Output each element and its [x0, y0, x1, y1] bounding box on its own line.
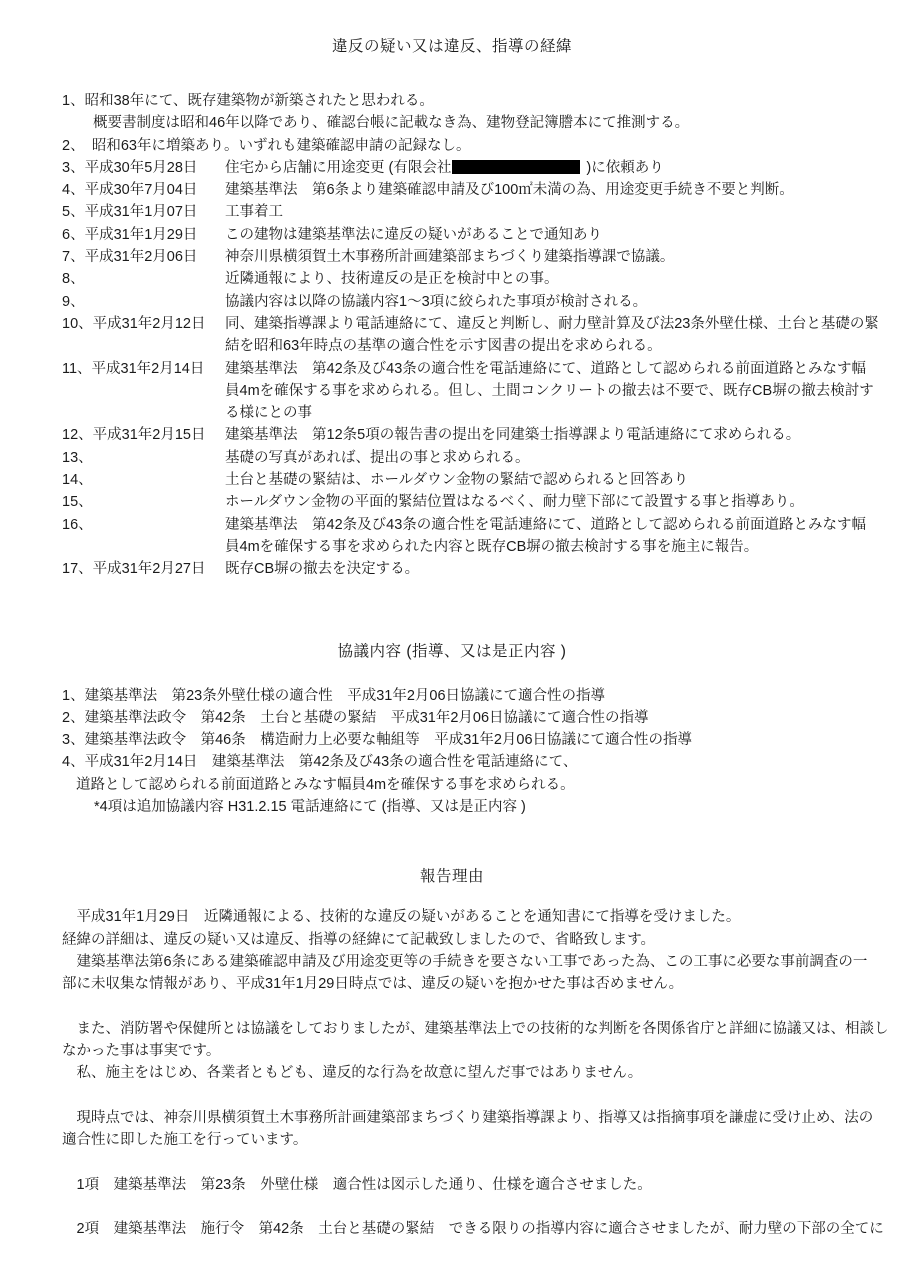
document-line: 8、近隣通報により、技術違反の是正を検討中との事。: [62, 268, 880, 290]
item-text: 結を昭和63年時点の基準の適合性を示す図書の提出を求められる。: [225, 335, 662, 357]
item-number-date: 6、平成31年1月29日: [62, 224, 225, 246]
document-line: 適合性に即した施工を行っています。: [62, 1129, 880, 1151]
document-line: 10、平成31年2月12日同、建築指導課より電話連絡にて、違反と判断し、耐力壁計…: [62, 313, 880, 335]
item-number-date: 15、: [62, 491, 225, 513]
document-line: 6、平成31年1月29日この建物は建築基準法に違反の疑いがあることで通知あり: [62, 224, 880, 246]
item-text: 既存CB塀の撤去を決定する。: [225, 558, 419, 580]
document-line: 2、建築基準法政令 第42条 土台と基礎の緊結 平成31年2月06日協議にて適合…: [62, 707, 880, 729]
item-text: 協議内容は以降の協議内容1～3項に絞られた事項が検討される。: [225, 291, 647, 313]
line-text: 1項 建築基準法 第23条 外壁仕様 適合性は図示した通り、仕様を適合させました…: [62, 1174, 652, 1196]
item-text: 神奈川県横須賀土木事務所計画建築部まちづくり建築指導課で協議。: [225, 246, 674, 268]
document-line: 5、平成31年1月07日工事着工: [62, 201, 880, 223]
line-text: 建築基準法第6条にある建築確認申請及び用途変更等の手続きを要さない工事であった為…: [62, 951, 867, 973]
document-line: 13、基礎の写真があれば、提出の事と求められる。: [62, 447, 880, 469]
document-line: 7、平成31年2月06日神奈川県横須賀土木事務所計画建築部まちづくり建築指導課で…: [62, 246, 880, 268]
document-line: なかった事は事実です。: [62, 1040, 880, 1062]
item-number-date: 5、平成31年1月07日: [62, 201, 225, 223]
document-line: 結を昭和63年時点の基準の適合性を示す図書の提出を求められる。: [62, 335, 880, 357]
item-text: 住宅から店舗に用途変更 (有限会社)に依頼あり: [225, 157, 664, 179]
item-number-date: 4、平成30年7月04日: [62, 179, 225, 201]
line-text: 部に未収集な情報があり、平成31年1月29日時点では、違反の疑いを抱かせた事は否…: [62, 973, 683, 995]
document-line: 道路として認められる前面道路とみなす幅員4mを確保する事を求められる。: [62, 774, 880, 796]
item-text: 同、建築指導課より電話連絡にて、違反と判断し、耐力壁計算及び法23条外壁仕様、土…: [225, 313, 879, 335]
line-text: 1、建築基準法 第23条外壁仕様の適合性 平成31年2月06日協議にて適合性の指…: [62, 685, 605, 707]
item-number-date: 9、: [62, 291, 225, 313]
item-number-date: 7、平成31年2月06日: [62, 246, 225, 268]
document-line: 現時点では、神奈川県横須賀土木事務所計画建築部まちづくり建築指導課より、指導又は…: [62, 1107, 880, 1129]
line-text: 2、 昭和63年に増築あり。いずれも建築確認申請の記録なし。: [62, 135, 470, 157]
document-line: 16、建築基準法 第42条及び43条の適合性を電話連絡にて、道路として認められる…: [62, 514, 880, 536]
document-line: 4、平成31年2月14日 建築基準法 第42条及び43条の適合性を電話連絡にて、: [62, 751, 880, 773]
document-line: *4項は追加協議内容 H31.2.15 電話連絡にて (指導、又は是正内容 ): [62, 796, 880, 818]
report-reason-title: 報告理由: [0, 866, 904, 888]
line-text: 平成31年1月29日 近隣通報による、技術的な違反の疑いがあることを通知書にて指…: [62, 906, 740, 928]
item-number-date: 8、: [62, 268, 225, 290]
item-text: 工事着工: [225, 201, 283, 223]
item-number-date: [62, 402, 225, 424]
line-text: 3、建築基準法政令 第46条 構造耐力上必要な軸組等 平成31年2月06日協議に…: [62, 729, 692, 751]
document-line: 4、平成30年7月04日建築基準法 第6条より建築確認申請及び100㎡未満の為、…: [62, 179, 880, 201]
document-line: 経緯の詳細は、違反の疑い又は違反、指導の経緯にて記載致しましたので、省略致します…: [62, 929, 880, 951]
blank-line: [62, 1196, 880, 1218]
item-text: 員4mを確保する事を求められる。但し、土間コンクリートの撤去は不要で、既存CB塀…: [225, 380, 874, 402]
line-text: *4項は追加協議内容 H31.2.15 電話連絡にて (指導、又は是正内容 ): [94, 796, 526, 818]
item-text: 建築基準法 第12条5項の報告書の提出を同建築士指導課より電話連絡にて求められる…: [225, 424, 800, 446]
document-line: 17、平成31年2月27日既存CB塀の撤去を決定する。: [62, 558, 880, 580]
document-line: 私、施主をはじめ、各業者ともども、違反的な行為を故意に望んだ事ではありません。: [62, 1062, 880, 1084]
document-line: 14、土台と基礎の緊結は、ホールダウン金物の緊結で認められると回答あり: [62, 469, 880, 491]
line-text: 道路として認められる前面道路とみなす幅員4mを確保する事を求められる。: [76, 774, 575, 796]
document-line: る様にとの事: [62, 402, 880, 424]
line-text: また、消防署や保健所とは協議をしておりましたが、建築基準法上での技術的な判断を各…: [62, 1018, 889, 1040]
item-text: 建築基準法 第42条及び43条の適合性を電話連絡にて、道路として認められる前面道…: [225, 358, 866, 380]
item-number-date: 10、平成31年2月12日: [62, 313, 225, 335]
document-line: 部に未収集な情報があり、平成31年1月29日時点では、違反の疑いを抱かせた事は否…: [62, 973, 880, 995]
blank-line: [62, 996, 880, 1018]
item-number-date: [62, 380, 225, 402]
consultation-section-title: 協議内容 (指導、又は是正内容 ): [0, 641, 904, 663]
document-line: 15、ホールダウン金物の平面的緊結位置はなるべく、耐力壁下部にて設置する事と指導…: [62, 491, 880, 513]
document-line: 11、平成31年2月14日建築基準法 第42条及び43条の適合性を電話連絡にて、…: [62, 358, 880, 380]
document-line: 概要書制度は昭和46年以降であり、確認台帳に記載なき為、建物登記簿謄本にて推測す…: [62, 112, 880, 134]
document-line: 2項 建築基準法 施行令 第42条 土台と基礎の緊結 できる限りの指導内容に適合…: [62, 1218, 880, 1240]
document-line: 9、協議内容は以降の協議内容1～3項に絞られた事項が検討される。: [62, 291, 880, 313]
consultation-rows: 1、建築基準法 第23条外壁仕様の適合性 平成31年2月06日協議にて適合性の指…: [62, 685, 880, 819]
item-number-date: [62, 335, 225, 357]
document-line: また、消防署や保健所とは協議をしておりましたが、建築基準法上での技術的な判断を各…: [62, 1018, 880, 1040]
history-section-title: 違反の疑い又は違反、指導の経緯: [0, 36, 904, 58]
document-line: 2、 昭和63年に増築あり。いずれも建築確認申請の記録なし。: [62, 135, 880, 157]
item-text: この建物は建築基準法に違反の疑いがあることで通知あり: [225, 224, 602, 246]
document-line: 1項 建築基準法 第23条 外壁仕様 適合性は図示した通り、仕様を適合させました…: [62, 1174, 880, 1196]
item-text: 近隣通報により、技術違反の是正を検討中との事。: [225, 268, 559, 290]
blank-line: [62, 1085, 880, 1107]
item-number-date: 11、平成31年2月14日: [62, 358, 225, 380]
document-line: 平成31年1月29日 近隣通報による、技術的な違反の疑いがあることを通知書にて指…: [62, 906, 880, 928]
item-text: ホールダウン金物の平面的緊結位置はなるべく、耐力壁下部にて設置する事と指導あり。: [225, 491, 804, 513]
document-line: 3、平成30年5月28日住宅から店舗に用途変更 (有限会社)に依頼あり: [62, 157, 880, 179]
line-text: 私、施主をはじめ、各業者ともども、違反的な行為を故意に望んだ事ではありません。: [62, 1062, 642, 1084]
document-line: 1、建築基準法 第23条外壁仕様の適合性 平成31年2月06日協議にて適合性の指…: [62, 685, 880, 707]
item-text: 員4mを確保する事を求められた内容と既存CB塀の撤去検討する事を施主に報告。: [225, 536, 758, 558]
item-number-date: 13、: [62, 447, 225, 469]
blank-line: [62, 1152, 880, 1174]
item-number-date: 12、平成31年2月15日: [62, 424, 225, 446]
document-line: 員4mを確保する事を求められた内容と既存CB塀の撤去検討する事を施主に報告。: [62, 536, 880, 558]
item-number-date: 16、: [62, 514, 225, 536]
line-text: 4、平成31年2月14日 建築基準法 第42条及び43条の適合性を電話連絡にて、: [62, 751, 577, 773]
line-text: なかった事は事実です。: [62, 1040, 220, 1062]
document-page: 違反の疑い又は違反、指導の経緯 1、昭和38年にて、既存建築物が新築されたと思わ…: [0, 0, 904, 1280]
item-number-date: [62, 536, 225, 558]
document-line: 1、昭和38年にて、既存建築物が新築されたと思われる。: [62, 90, 880, 112]
line-text: 概要書制度は昭和46年以降であり、確認台帳に記載なき為、建物登記簿謄本にて推測す…: [93, 112, 689, 134]
item-text: 基礎の写真があれば、提出の事と求められる。: [225, 447, 530, 469]
item-number-date: 14、: [62, 469, 225, 491]
item-text: 建築基準法 第42条及び43条の適合性を電話連絡にて、道路として認められる前面道…: [225, 514, 866, 536]
item-text: 建築基準法 第6条より建築確認申請及び100㎡未満の為、用途変更手続き不要と判断…: [225, 179, 794, 201]
line-text: 2、建築基準法政令 第42条 土台と基礎の緊結 平成31年2月06日協議にて適合…: [62, 707, 649, 729]
line-text: 適合性に即した施工を行っています。: [62, 1129, 307, 1151]
item-number-date: 17、平成31年2月27日: [62, 558, 225, 580]
line-text: 経緯の詳細は、違反の疑い又は違反、指導の経緯にて記載致しましたので、省略致します…: [62, 929, 655, 951]
report-reason-rows: 平成31年1月29日 近隣通報による、技術的な違反の疑いがあることを通知書にて指…: [62, 906, 880, 1240]
item-text: 土台と基礎の緊結は、ホールダウン金物の緊結で認められると回答あり: [225, 469, 688, 491]
line-text: 現時点では、神奈川県横須賀土木事務所計画建築部まちづくり建築指導課より、指導又は…: [62, 1107, 873, 1129]
redaction-box: [452, 160, 580, 174]
item-text: る様にとの事: [225, 402, 312, 424]
item-number-date: 3、平成30年5月28日: [62, 157, 225, 179]
document-line: 建築基準法第6条にある建築確認申請及び用途変更等の手続きを要さない工事であった為…: [62, 951, 880, 973]
history-rows: 1、昭和38年にて、既存建築物が新築されたと思われる。概要書制度は昭和46年以降…: [62, 90, 880, 581]
document-line: 3、建築基準法政令 第46条 構造耐力上必要な軸組等 平成31年2月06日協議に…: [62, 729, 880, 751]
line-text: 1、昭和38年にて、既存建築物が新築されたと思われる。: [62, 90, 434, 112]
document-line: 員4mを確保する事を求められる。但し、土間コンクリートの撤去は不要で、既存CB塀…: [62, 380, 880, 402]
line-text: 2項 建築基準法 施行令 第42条 土台と基礎の緊結 できる限りの指導内容に適合…: [62, 1218, 884, 1240]
document-line: 12、平成31年2月15日建築基準法 第12条5項の報告書の提出を同建築士指導課…: [62, 424, 880, 446]
